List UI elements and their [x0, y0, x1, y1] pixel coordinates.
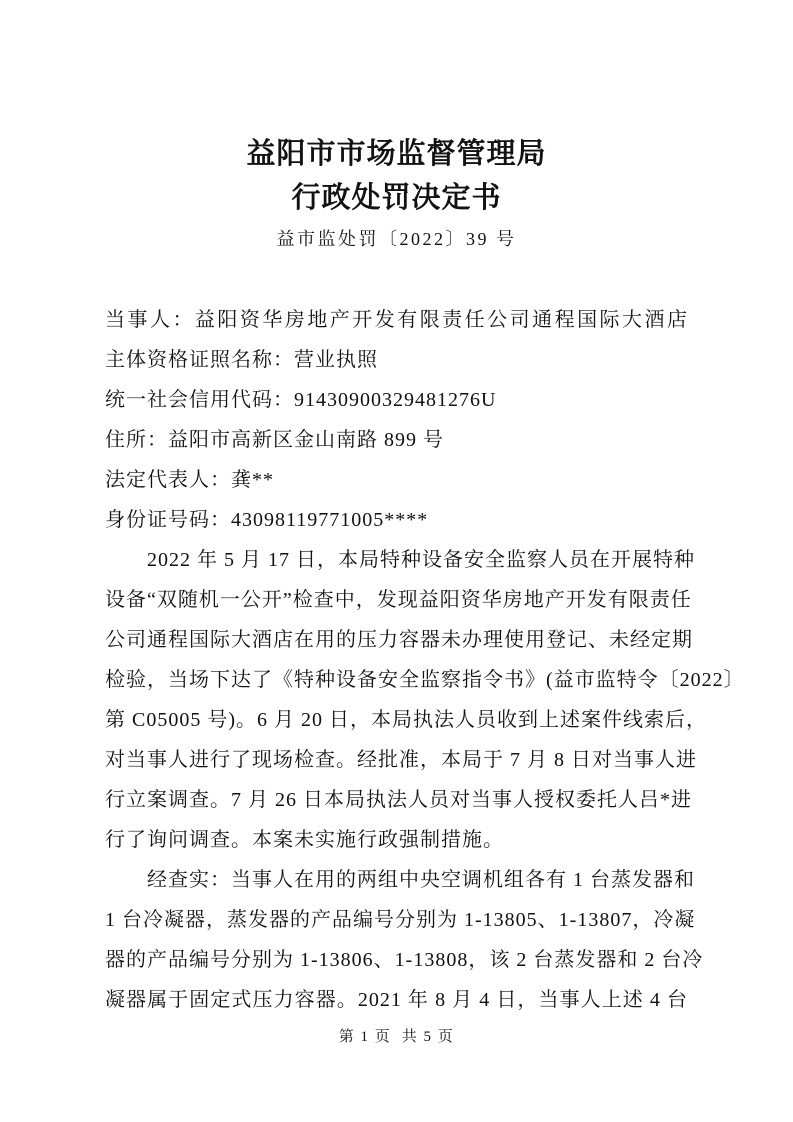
- document-title-type: 行政处罚决定书: [0, 178, 793, 218]
- party-line-name: 当事人：益阳资华房地产开发有限责任公司通程国际大酒店: [105, 300, 688, 340]
- paragraph1-line: 公司通程国际大酒店在用的压力容器未办理使用登记、未经定期: [105, 620, 688, 660]
- document-body: 当事人：益阳资华房地产开发有限责任公司通程国际大酒店 主体资格证照名称：营业执照…: [105, 300, 688, 1020]
- party-line-id-number: 身份证号码：43098119771005****: [105, 500, 688, 540]
- paragraph1-line: 检验，当场下达了《特种设备安全监察指令书》(益市监特令〔2022〕: [105, 660, 688, 700]
- party-line-license: 主体资格证照名称：营业执照: [105, 340, 688, 380]
- paragraph1-line: 行立案调查。7 月 26 日本局执法人员对当事人授权委托人吕*进: [105, 780, 688, 820]
- party-line-credit-code: 统一社会信用代码：91430900329481276U: [105, 380, 688, 420]
- paragraph2-line: 1 台冷凝器，蒸发器的产品编号分别为 1-13805、1-13807，冷凝: [105, 900, 688, 940]
- paragraph2-line: 经查实：当事人在用的两组中央空调机组各有 1 台蒸发器和: [105, 860, 688, 900]
- document-title-authority: 益阳市市场监督管理局: [0, 134, 793, 174]
- paragraph1-line: 2022 年 5 月 17 日，本局特种设备安全监察人员在开展特种: [105, 540, 688, 580]
- paragraph1-line: 设备“双随机一公开”检查中，发现益阳资华房地产开发有限责任: [105, 580, 688, 620]
- page-number-indicator: 第 1 页 共 5 页: [0, 1024, 793, 1050]
- document-page: 益阳市市场监督管理局 行政处罚决定书 益市监处罚〔2022〕39 号 当事人：益…: [0, 0, 793, 1122]
- party-line-address: 住所：益阳市高新区金山南路 899 号: [105, 420, 688, 460]
- paragraph1-line: 行了询问调查。本案未实施行政强制措施。: [105, 820, 688, 860]
- paragraph1-line: 对当事人进行了现场检查。经批准，本局于 7 月 8 日对当事人进: [105, 740, 688, 780]
- paragraph2-line: 器的产品编号分别为 1-13806、1-13808，该 2 台蒸发器和 2 台冷: [105, 940, 688, 980]
- party-line-legal-rep: 法定代表人：龚**: [105, 460, 688, 500]
- document-number: 益市监处罚〔2022〕39 号: [0, 225, 793, 253]
- paragraph2-line: 凝器属于固定式压力容器。2021 年 8 月 4 日，当事人上述 4 台: [105, 980, 688, 1020]
- paragraph1-line: 第 C05005 号)。6 月 20 日，本局执法人员收到上述案件线索后，: [105, 700, 688, 740]
